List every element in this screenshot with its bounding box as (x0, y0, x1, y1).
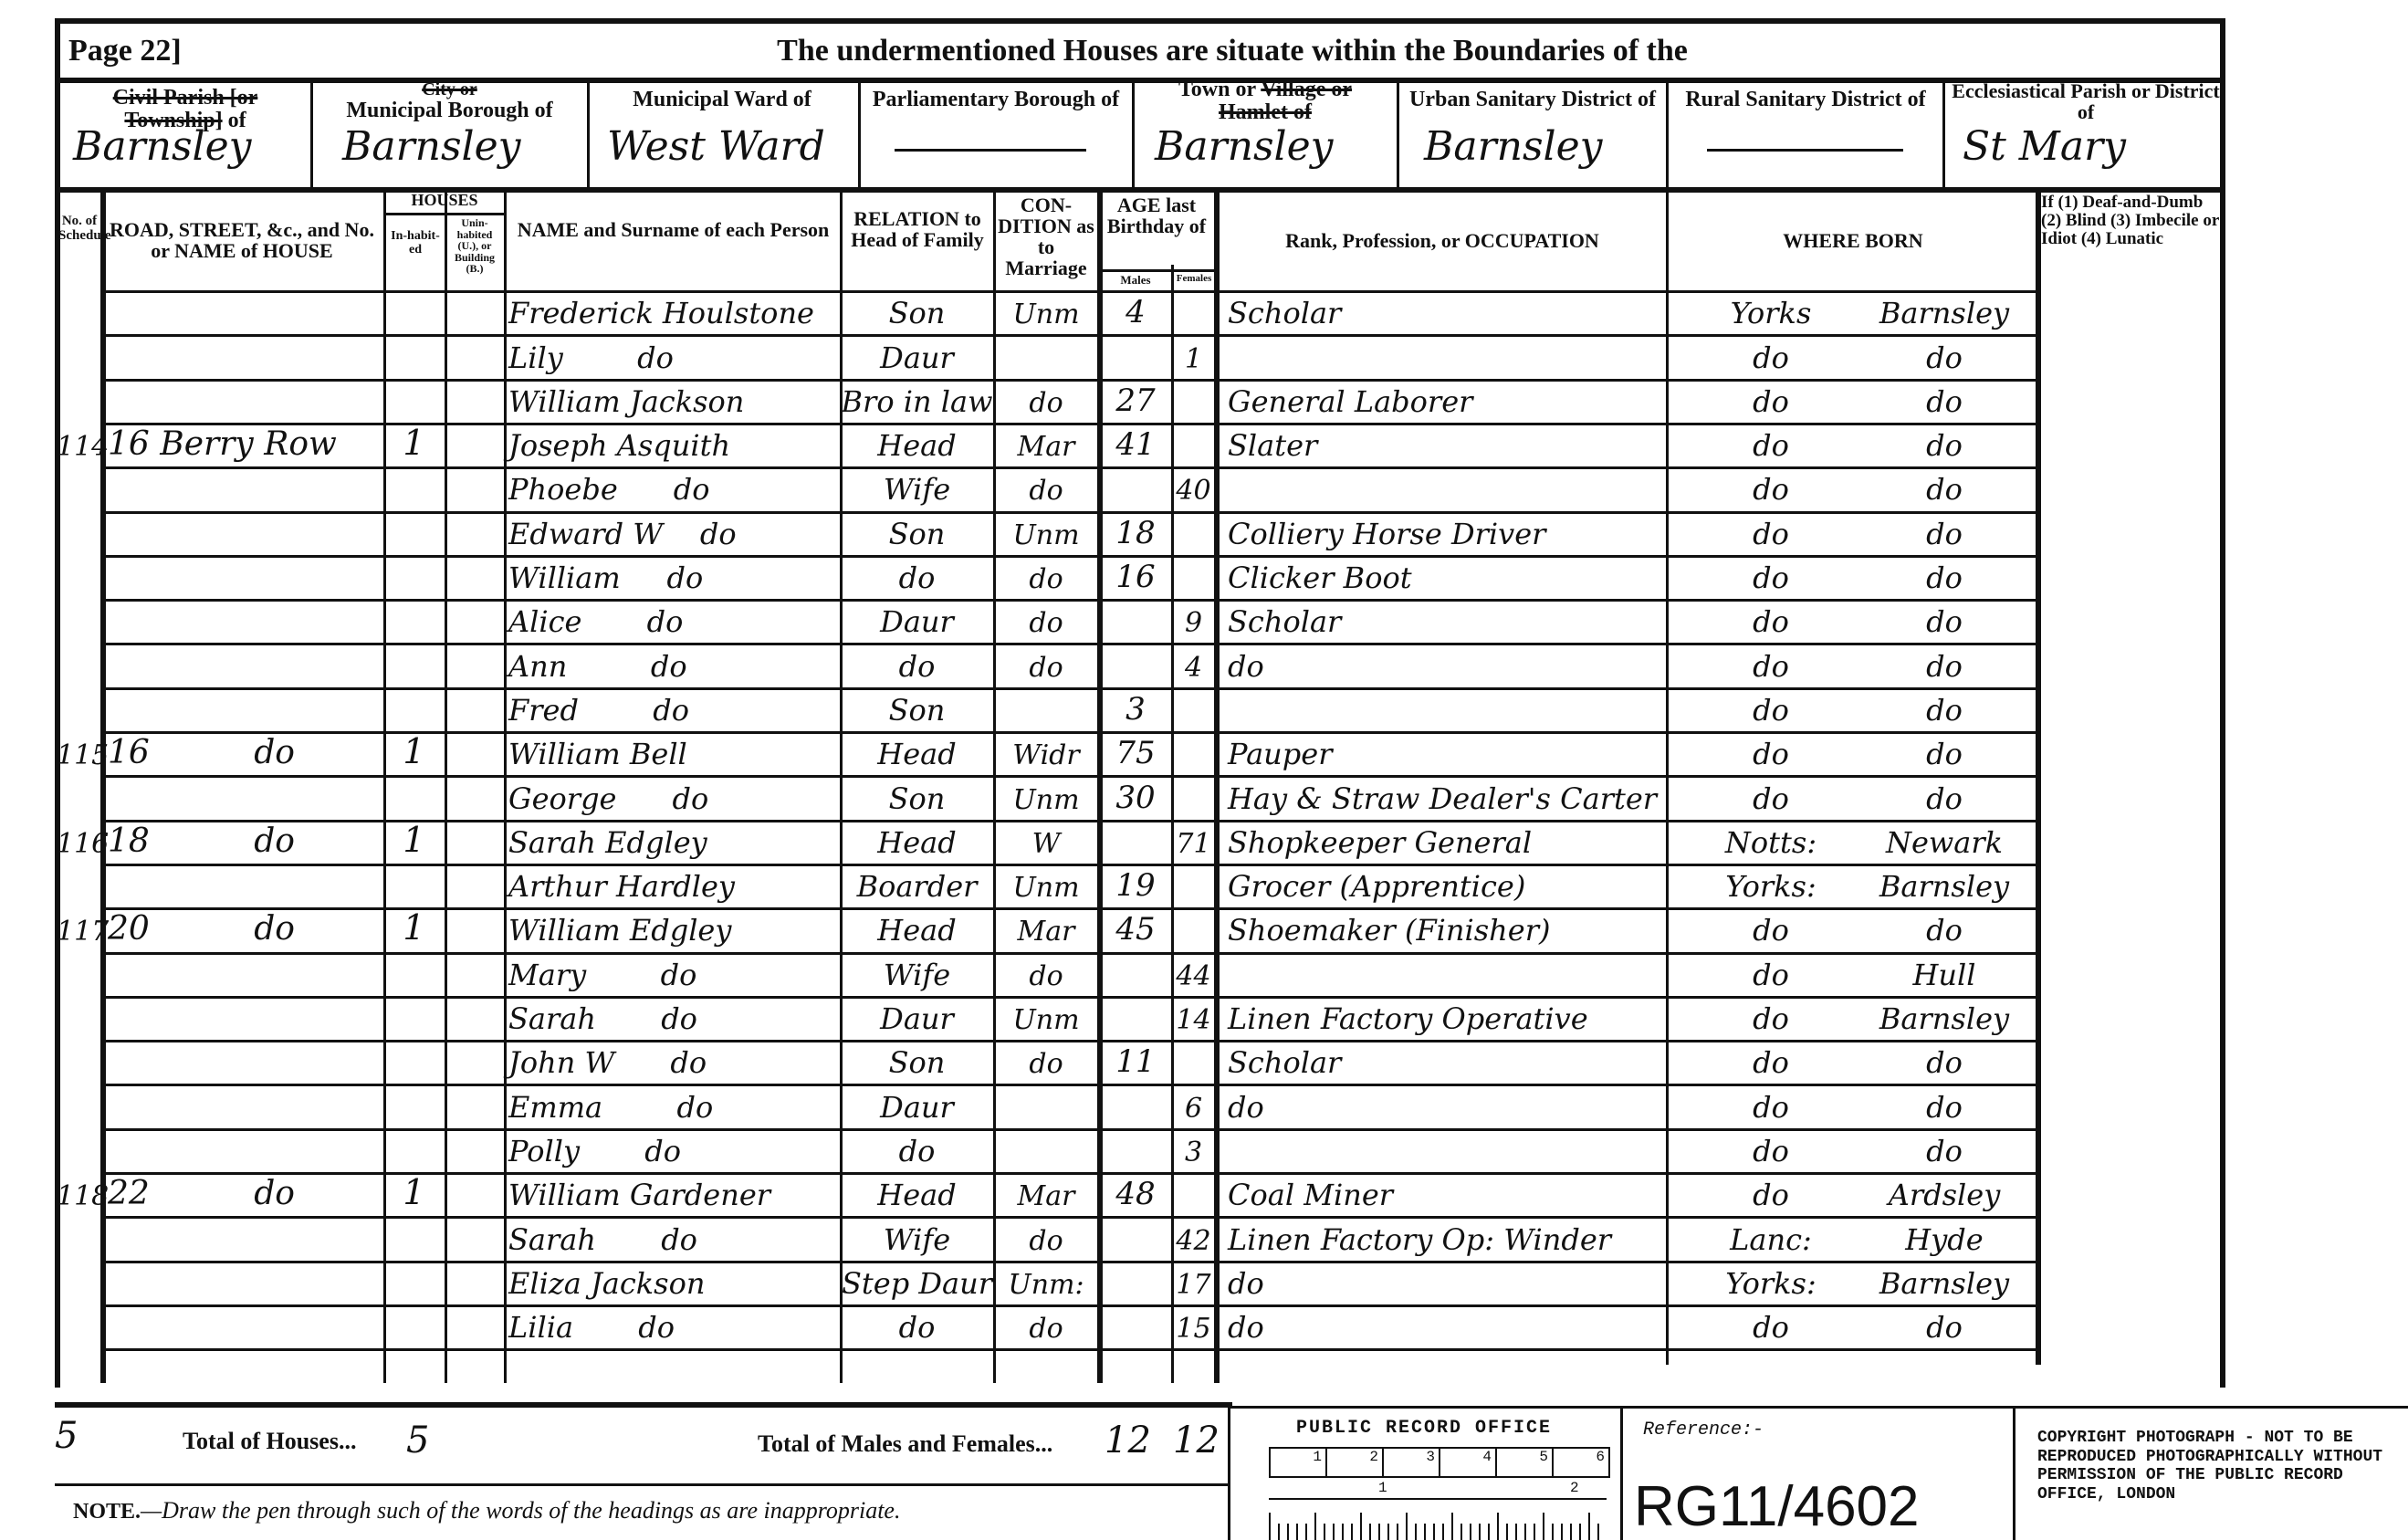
pro-scale: 123456 1 2 (1269, 1447, 1607, 1538)
occupation-cell (1228, 952, 1664, 996)
row-divider (100, 1348, 2036, 1351)
condition-cell: Widr (995, 731, 1097, 775)
schedule-cell (57, 334, 102, 378)
occupation-cell: Coal Miner (1228, 1172, 1664, 1216)
name-cell: Eliza Jackson (508, 1261, 842, 1304)
name-cell: Frederick Houlstone (508, 290, 842, 334)
born-place-cell: Hull (1853, 952, 2036, 996)
road-cell (108, 952, 382, 996)
inhabited-cell (383, 1040, 445, 1084)
female-age-cell (1173, 1172, 1214, 1216)
born-place-cell: do (1853, 599, 2036, 643)
relation-cell: Boarder (842, 864, 992, 907)
scale-tick (1579, 1524, 1581, 1540)
road-cell (108, 599, 382, 643)
born-place-cell: Barnsley (1853, 1261, 2036, 1304)
scale-tick (1597, 1524, 1599, 1540)
relation-cell: Daur (842, 599, 992, 643)
born-place-cell: do (1853, 379, 2036, 423)
reference-label: Reference:- (1643, 1420, 1764, 1440)
scale-tick (1488, 1524, 1490, 1540)
male-age-cell (1100, 466, 1171, 510)
born-place-cell: do (1853, 907, 2036, 951)
note: NOTE.—Draw the pen through such of the w… (73, 1497, 900, 1524)
copyright-notice: COPYRIGHT PHOTOGRAPH - NOT TO BE REPRODU… (2037, 1429, 2398, 1504)
born-place-cell: do (1853, 643, 2036, 686)
col-divider (2036, 187, 2041, 1365)
schedule-cell (57, 290, 102, 334)
condition-cell: Unm (995, 996, 1097, 1040)
divider (1942, 78, 1945, 187)
relation-cell: Head (842, 907, 992, 951)
total-houses-count: 5 (55, 1415, 78, 1457)
district-value-ecclesiastical-parish: St Mary (1963, 123, 2126, 170)
occupation-cell: do (1228, 643, 1664, 686)
scale-tick (1378, 1524, 1380, 1540)
inhabited-cell (383, 687, 445, 731)
inhabited-cell (383, 379, 445, 423)
born-county-cell: Notts: (1689, 820, 1853, 864)
district-value-parliamentary-borough (895, 149, 1086, 152)
female-age-cell (1173, 511, 1214, 555)
divider (1666, 78, 1669, 187)
pro-title: PUBLIC RECORD OFFICE (1296, 1418, 1552, 1439)
inhabited-cell (383, 1261, 445, 1304)
female-age-cell: 44 (1173, 952, 1214, 996)
occupation-cell: Scholar (1228, 290, 1664, 334)
male-age-cell (1100, 1261, 1171, 1304)
schedule-cell (57, 1128, 102, 1172)
scale-tick (1506, 1524, 1508, 1540)
born-place-cell: do (1853, 1084, 2036, 1127)
divider (310, 78, 313, 187)
relation-cell: Head (842, 731, 992, 775)
born-county-cell: Lanc: (1689, 1216, 1853, 1260)
female-age-cell (1173, 864, 1214, 907)
born-place-cell: do (1853, 423, 2036, 466)
relation-cell: Wife (842, 1216, 992, 1260)
born-county-cell: do (1689, 1304, 1853, 1348)
schedule-cell (57, 775, 102, 819)
schedule-cell (57, 1304, 102, 1348)
relation-cell: Daur (842, 996, 992, 1040)
male-age-cell (1100, 996, 1171, 1040)
scale-tick (1588, 1513, 1590, 1540)
schedule-cell (57, 687, 102, 731)
inhabited-cell (383, 1304, 445, 1348)
scale-tick (1296, 1524, 1298, 1540)
female-age-cell: 40 (1173, 466, 1214, 510)
district-label-parliamentary-borough: Parliamentary Borough of (863, 89, 1129, 111)
born-county-cell: do (1689, 555, 1853, 599)
born-county-cell: do (1689, 643, 1853, 686)
male-age-cell: 41 (1100, 423, 1171, 466)
condition-cell (995, 687, 1097, 731)
scale-tick (1515, 1524, 1517, 1540)
inhabited-cell (383, 996, 445, 1040)
total-houses-label: Total of Houses... (183, 1429, 356, 1453)
female-age-cell: 9 (1173, 599, 1214, 643)
occupation-cell: Linen Factory Operative (1228, 996, 1664, 1040)
schedule-cell: 118 (57, 1172, 102, 1216)
schedule-cell (57, 599, 102, 643)
name-cell: Ann do (508, 643, 842, 686)
name-cell: William Edgley (508, 907, 842, 951)
relation-cell: Head (842, 1172, 992, 1216)
schedule-cell (57, 1216, 102, 1260)
male-age-cell: 48 (1100, 1172, 1171, 1216)
page-label: Page 22] (68, 35, 182, 68)
female-age-cell: 17 (1173, 1261, 1214, 1304)
scale-number: 4 (1440, 1449, 1497, 1476)
name-cell: George do (508, 775, 842, 819)
occupation-cell: do (1228, 1261, 1664, 1304)
relation-cell: Bro in law (842, 379, 992, 423)
inhabited-cell (383, 1084, 445, 1127)
born-county-cell: Yorks (1689, 290, 1853, 334)
condition-cell: do (995, 1216, 1097, 1260)
born-county-cell: do (1689, 952, 1853, 996)
occupation-cell: Linen Factory Op: Winder (1228, 1216, 1664, 1260)
district-value-urban-sanitary: Barnsley (1424, 123, 1603, 170)
inhabited-cell: 1 (383, 1172, 445, 1216)
born-county-cell: Yorks: (1689, 864, 1853, 907)
female-age-cell (1173, 687, 1214, 731)
male-age-cell (1100, 1216, 1171, 1260)
occupation-cell: Shopkeeper General (1228, 820, 1664, 864)
male-age-cell (1100, 599, 1171, 643)
scale-tick (1524, 1524, 1526, 1540)
road-cell (108, 334, 382, 378)
name-cell: Mary do (508, 952, 842, 996)
scale-number: 5 (1497, 1449, 1554, 1476)
condition-cell: do (995, 643, 1097, 686)
district-label-ecclesiastical-parish: Ecclesiastical Parish or District of (1949, 80, 2223, 122)
district-label-rural-sanitary: Rural Sanitary District of (1670, 89, 1941, 111)
schedule-cell (57, 555, 102, 599)
scale-tick (1406, 1513, 1408, 1540)
occupation-cell: do (1228, 1084, 1664, 1127)
road-cell (108, 1084, 382, 1127)
born-county-cell: do (1689, 996, 1853, 1040)
schedule-cell (57, 996, 102, 1040)
male-age-cell (1100, 952, 1171, 996)
scale-tick (1470, 1524, 1471, 1540)
col-header-condition: CON-DITION as to Marriage (997, 194, 1095, 278)
condition-cell: Mar (995, 1172, 1097, 1216)
occupation-cell: Grocer (Apprentice) (1228, 864, 1664, 907)
condition-cell (995, 334, 1097, 378)
road-cell (108, 687, 382, 731)
relation-cell: do (842, 1128, 992, 1172)
scale-tick (1269, 1513, 1271, 1540)
condition-cell: Unm (995, 775, 1097, 819)
occupation-cell: Colliery Horse Driver (1228, 511, 1664, 555)
scale-tick (1570, 1524, 1572, 1540)
relation-cell: Step Daur (842, 1261, 992, 1304)
col-header-name: NAME and Surname of each Person (511, 219, 835, 240)
female-age-cell: 42 (1173, 1216, 1214, 1260)
scale-tick (1451, 1513, 1453, 1540)
schedule-cell (57, 1040, 102, 1084)
scale-number: 2 (1327, 1449, 1384, 1476)
inhabited-cell (383, 466, 445, 510)
name-cell: William Jackson (508, 379, 842, 423)
occupation-cell: do (1228, 1304, 1664, 1348)
name-cell: Sarah do (508, 996, 842, 1040)
inhabited-cell: 1 (383, 820, 445, 864)
female-age-cell (1173, 379, 1214, 423)
inhabited-cell (383, 555, 445, 599)
condition-cell: do (995, 599, 1097, 643)
inhabited-cell: 1 (383, 423, 445, 466)
condition-cell: Unm: (995, 1261, 1097, 1304)
schedule-cell (57, 379, 102, 423)
road-cell (108, 996, 382, 1040)
inhabited-cell (383, 599, 445, 643)
col-header-infirmity: If (1) Deaf-and-Dumb (2) Blind (3) Imbec… (2041, 194, 2220, 248)
born-county-cell: do (1689, 1172, 1853, 1216)
road-cell (108, 1216, 382, 1260)
inhabited-cell (383, 1128, 445, 1172)
male-age-cell: 30 (1100, 775, 1171, 819)
condition-cell: Unm (995, 290, 1097, 334)
condition-cell: Mar (995, 423, 1097, 466)
scale-tick (1461, 1524, 1462, 1540)
relation-cell: Head (842, 423, 992, 466)
road-cell (108, 1128, 382, 1172)
name-cell: William do (508, 555, 842, 599)
female-age-cell (1173, 907, 1214, 951)
male-age-cell: 4 (1100, 290, 1171, 334)
scale-tick (1360, 1513, 1362, 1540)
scale-tick (1333, 1524, 1335, 1540)
condition-cell: W (995, 820, 1097, 864)
born-place-cell: do (1853, 334, 2036, 378)
name-cell: Sarah Edgley (508, 820, 842, 864)
male-age-cell: 19 (1100, 864, 1171, 907)
male-age-cell (1100, 334, 1171, 378)
born-place-cell: do (1853, 1304, 2036, 1348)
condition-cell: do (995, 1304, 1097, 1348)
relation-cell: Son (842, 1040, 992, 1084)
born-place-cell: do (1853, 511, 2036, 555)
born-place-cell: Barnsley (1853, 290, 2036, 334)
total-persons-label: Total of Males and Females... (758, 1431, 1052, 1456)
col-header-males: Males (1101, 274, 1170, 287)
inhabited-cell: 1 (383, 731, 445, 775)
total-females: 12 (1173, 1420, 1220, 1461)
occupation-cell (1228, 466, 1664, 510)
born-place-cell: do (1853, 687, 2036, 731)
born-place-cell: do (1853, 1128, 2036, 1172)
relation-cell: Son (842, 511, 992, 555)
name-cell: William Gardener (508, 1172, 842, 1216)
road-cell: 20 do (108, 907, 382, 951)
condition-cell: Unm (995, 864, 1097, 907)
scale-tick (1534, 1524, 1535, 1540)
divider (1620, 1406, 1623, 1540)
scale-tick (1561, 1524, 1563, 1540)
female-age-cell: 15 (1173, 1304, 1214, 1348)
reference-value: RG11/4602 (1634, 1474, 1920, 1539)
male-age-cell: 27 (1100, 379, 1171, 423)
relation-cell: do (842, 1304, 992, 1348)
name-cell: Edward W do (508, 511, 842, 555)
female-age-cell (1173, 555, 1214, 599)
female-age-cell (1173, 423, 1214, 466)
relation-cell: Son (842, 290, 992, 334)
condition-cell: do (995, 1040, 1097, 1084)
born-county-cell: do (1689, 731, 1853, 775)
occupation-cell (1228, 687, 1664, 731)
name-cell: Lilia do (508, 1304, 842, 1348)
col-header-age: AGE last Birthday of (1101, 194, 1212, 236)
road-cell: 18 do (108, 820, 382, 864)
scale-tick (1278, 1524, 1280, 1540)
name-cell: William Bell (508, 731, 842, 775)
occupation-cell: Clicker Boot (1228, 555, 1664, 599)
born-place-cell: do (1853, 466, 2036, 510)
male-age-cell (1100, 1128, 1171, 1172)
district-value-municipal-borough: Barnsley (342, 123, 521, 170)
condition-cell: Mar (995, 907, 1097, 951)
born-county-cell: do (1689, 379, 1853, 423)
name-cell: Lily do (508, 334, 842, 378)
condition-cell: do (995, 952, 1097, 996)
scale-tick (1433, 1524, 1435, 1540)
female-age-cell (1173, 731, 1214, 775)
col-header-relation: RELATION to Head of Family (843, 208, 991, 250)
name-cell: Polly do (508, 1128, 842, 1172)
schedule-cell (57, 511, 102, 555)
name-cell: Joseph Asquith (508, 423, 842, 466)
district-label-town: Town or Village or Hamlet of (1136, 79, 1394, 124)
district-value-rural-sanitary (1707, 149, 1903, 152)
scale-tick (1497, 1513, 1499, 1540)
schedule-cell (57, 864, 102, 907)
col-divider (504, 187, 507, 1383)
born-place-cell: Hyde (1853, 1216, 2036, 1260)
born-place-cell: Newark (1853, 820, 2036, 864)
road-cell: 22 do (108, 1172, 382, 1216)
total-males: 12 (1105, 1420, 1151, 1461)
col-header-schedule: No. of Schedule (58, 215, 100, 244)
schedule-cell (57, 1261, 102, 1304)
relation-cell: Son (842, 687, 992, 731)
born-place-cell: Ardsley (1853, 1172, 2036, 1216)
road-cell (108, 775, 382, 819)
scale-tick (1287, 1524, 1289, 1540)
born-place-cell: Barnsley (1853, 864, 2036, 907)
divider (2013, 1406, 2015, 1540)
schedule-cell: 114 (57, 423, 102, 466)
occupation-cell: General Laborer (1228, 379, 1664, 423)
district-value-town: Barnsley (1155, 123, 1334, 170)
divider (1397, 78, 1399, 187)
col-header-females: Females (1174, 274, 1214, 285)
district-label-municipal-borough: City or Municipal Borough of (315, 80, 584, 122)
born-county-cell: do (1689, 466, 1853, 510)
road-cell (108, 1304, 382, 1348)
relation-cell: Head (842, 820, 992, 864)
scale-tick (1369, 1524, 1371, 1540)
road-cell (108, 290, 382, 334)
female-age-cell: 3 (1173, 1128, 1214, 1172)
scale-tick (1479, 1524, 1481, 1540)
male-age-cell: 16 (1100, 555, 1171, 599)
relation-cell: Son (842, 775, 992, 819)
born-place-cell: Barnsley (1853, 996, 2036, 1040)
road-cell: 16 do (108, 731, 382, 775)
male-age-cell (1100, 1084, 1171, 1127)
name-cell: Arthur Hardley (508, 864, 842, 907)
schedule-cell: 117 (57, 907, 102, 951)
female-age-cell: 71 (1173, 820, 1214, 864)
occupation-cell: Scholar (1228, 1040, 1664, 1084)
divider (858, 78, 861, 187)
inhabited-cell (383, 643, 445, 686)
female-age-cell (1173, 290, 1214, 334)
col-divider (445, 187, 447, 1383)
road-cell: 16 Berry Row (108, 423, 382, 466)
col-header-where-born: WHERE BORN (1670, 230, 2036, 251)
relation-cell: do (842, 643, 992, 686)
schedule-cell (57, 1084, 102, 1127)
female-age-cell (1173, 775, 1214, 819)
name-cell: Alice do (508, 599, 842, 643)
road-cell (108, 1261, 382, 1304)
condition-cell: Unm (995, 511, 1097, 555)
col-header-uninhabited: Unin-habited (U.), or Building (B.) (447, 217, 502, 275)
road-cell (108, 555, 382, 599)
female-age-cell: 4 (1173, 643, 1214, 686)
col-divider (1214, 187, 1220, 1383)
scale-number: 6 (1554, 1449, 1608, 1476)
scale-tick (1552, 1524, 1554, 1540)
road-cell (108, 1040, 382, 1084)
born-place-cell: do (1853, 775, 2036, 819)
condition-cell: do (995, 466, 1097, 510)
total-houses-inhabited: 5 (406, 1420, 429, 1461)
male-age-cell: 45 (1100, 907, 1171, 951)
divider (1132, 78, 1135, 187)
schedule-cell (57, 952, 102, 996)
col-header-inhabited: In-habit-ed (387, 230, 444, 257)
scale-tick (1424, 1524, 1426, 1540)
scale-tick (1324, 1524, 1325, 1540)
schedule-cell: 116 (57, 820, 102, 864)
schedule-cell (57, 643, 102, 686)
relation-cell: do (842, 555, 992, 599)
scale-number: 1 (1271, 1449, 1327, 1476)
female-age-cell (1173, 1040, 1214, 1084)
boundary-heading: The undermentioned Houses are situate wi… (639, 35, 1826, 68)
scale-tick (1305, 1524, 1307, 1540)
born-county-cell: do (1689, 1084, 1853, 1127)
born-county-cell: do (1689, 1040, 1853, 1084)
condition-cell: do (995, 555, 1097, 599)
occupation-cell (1228, 1128, 1664, 1172)
born-county-cell: do (1689, 423, 1853, 466)
road-cell (108, 511, 382, 555)
male-age-cell: 11 (1100, 1040, 1171, 1084)
road-cell (108, 643, 382, 686)
occupation-cell: Pauper (1228, 731, 1664, 775)
road-cell (108, 379, 382, 423)
relation-cell: Wife (842, 466, 992, 510)
name-cell: Fred do (508, 687, 842, 731)
